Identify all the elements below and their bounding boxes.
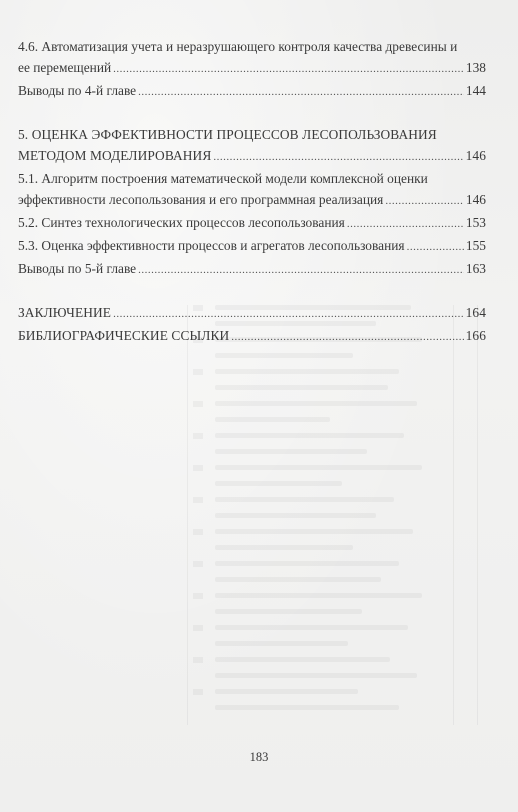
bleed-through-rule: [187, 305, 188, 725]
dot-leader: [138, 80, 464, 103]
dot-leader: [385, 189, 464, 212]
bleed-through-rule: [477, 305, 478, 725]
toc-entry-conclusion[interactable]: ЗАКЛЮЧЕНИЕ 164: [18, 302, 486, 325]
dot-leader: [231, 325, 463, 348]
bleed-through-line: [215, 417, 330, 422]
bleed-through-line: [215, 705, 399, 710]
page-number: 183: [0, 750, 518, 765]
bleed-through-line: [215, 401, 417, 406]
bleed-through-number: [193, 657, 203, 663]
toc-page-number: 146: [466, 189, 486, 210]
toc-entry-text: 5.2. Синтез технологических процессов ле…: [18, 212, 345, 233]
toc-page-number: 163: [466, 258, 486, 279]
bleed-through-line: [215, 641, 348, 646]
bleed-through-line: [215, 369, 399, 374]
dot-leader: [113, 302, 464, 325]
bleed-through-number: [193, 401, 203, 407]
toc-page-number: 164: [466, 302, 486, 323]
toc-entry-text: МЕТОДОМ МОДЕЛИРОВАНИЯ: [18, 145, 211, 166]
toc-entry-text: 5.1. Алгоритм построения математической …: [18, 168, 486, 189]
toc-page-number: 155: [466, 235, 486, 256]
bleed-through-line: [215, 673, 417, 678]
toc-entry-bibliography[interactable]: БИБЛИОГРАФИЧЕСКИЕ ССЫЛКИ 166: [18, 325, 486, 348]
toc-entry-text: БИБЛИОГРАФИЧЕСКИЕ ССЫЛКИ: [18, 325, 229, 346]
bleed-through-line: [215, 625, 408, 630]
bleed-through-line: [215, 449, 367, 454]
toc-entry-text: ее перемещений: [18, 57, 111, 78]
dot-leader: [213, 145, 463, 168]
toc-entry-conclusions-ch5[interactable]: Выводы по 5-й главе 163: [18, 258, 486, 281]
bleed-through-line: [215, 689, 358, 694]
bleed-through-line: [215, 465, 422, 470]
toc-entry-4-6[interactable]: 4.6. Автоматизация учета и неразрушающег…: [18, 36, 486, 80]
bleed-through-number: [193, 689, 203, 695]
toc-entry-text: 4.6. Автоматизация учета и неразрушающег…: [18, 36, 486, 57]
bleed-through-number: [193, 369, 203, 375]
toc-entry-text: эффективности лесопользования и его прог…: [18, 189, 383, 210]
toc-entry-text: Выводы по 5-й главе: [18, 258, 136, 279]
bleed-through-number: [193, 433, 203, 439]
bleed-through-line: [215, 657, 390, 662]
dot-leader: [113, 57, 464, 80]
bleed-through-rule: [453, 305, 454, 725]
dot-leader: [347, 212, 464, 235]
bleed-through-text: [215, 305, 485, 725]
bleed-through-number: [193, 497, 203, 503]
toc-entry-5-3[interactable]: 5.3. Оценка эффективности процессов и аг…: [18, 235, 486, 258]
bleed-through-number: [193, 465, 203, 471]
toc-entry-chapter-5[interactable]: 5. ОЦЕНКА ЭФФЕКТИВНОСТИ ПРОЦЕССОВ ЛЕСОПО…: [18, 124, 486, 168]
toc-entry-text: 5. ОЦЕНКА ЭФФЕКТИВНОСТИ ПРОЦЕССОВ ЛЕСОПО…: [18, 124, 486, 145]
bleed-through-line: [215, 353, 353, 358]
bleed-through-line: [215, 545, 353, 550]
toc-page-number: 144: [466, 80, 486, 101]
dot-leader: [407, 235, 464, 258]
bleed-through-line: [215, 513, 376, 518]
bleed-through-line: [215, 529, 413, 534]
bleed-through-line: [215, 385, 388, 390]
toc-entry-text: ЗАКЛЮЧЕНИЕ: [18, 302, 111, 323]
toc-entry-text: Выводы по 4-й главе: [18, 80, 136, 101]
bleed-through-number: [193, 625, 203, 631]
toc-page-number: 153: [466, 212, 486, 233]
bleed-through-line: [215, 561, 399, 566]
toc-entry-5-1[interactable]: 5.1. Алгоритм построения математической …: [18, 168, 486, 212]
bleed-through-line: [215, 481, 342, 486]
toc-page-number: 138: [466, 57, 486, 78]
bleed-through-number: [193, 529, 203, 535]
bleed-through-number: [193, 561, 203, 567]
bleed-through-line: [215, 497, 394, 502]
book-page: 4.6. Автоматизация учета и неразрушающег…: [0, 0, 518, 812]
bleed-through-line: [215, 433, 404, 438]
bleed-through-line: [215, 609, 362, 614]
dot-leader: [138, 258, 464, 281]
toc-page-number: 146: [466, 145, 486, 166]
bleed-through-number: [193, 593, 203, 599]
table-of-contents: 4.6. Автоматизация учета и неразрушающег…: [18, 36, 486, 348]
toc-page-number: 166: [466, 325, 486, 346]
toc-entry-text: 5.3. Оценка эффективности процессов и аг…: [18, 235, 405, 256]
bleed-through-line: [215, 577, 381, 582]
bleed-through-line: [215, 593, 422, 598]
toc-entry-5-2[interactable]: 5.2. Синтез технологических процессов ле…: [18, 212, 486, 235]
toc-entry-conclusions-ch4[interactable]: Выводы по 4-й главе 144: [18, 80, 486, 103]
